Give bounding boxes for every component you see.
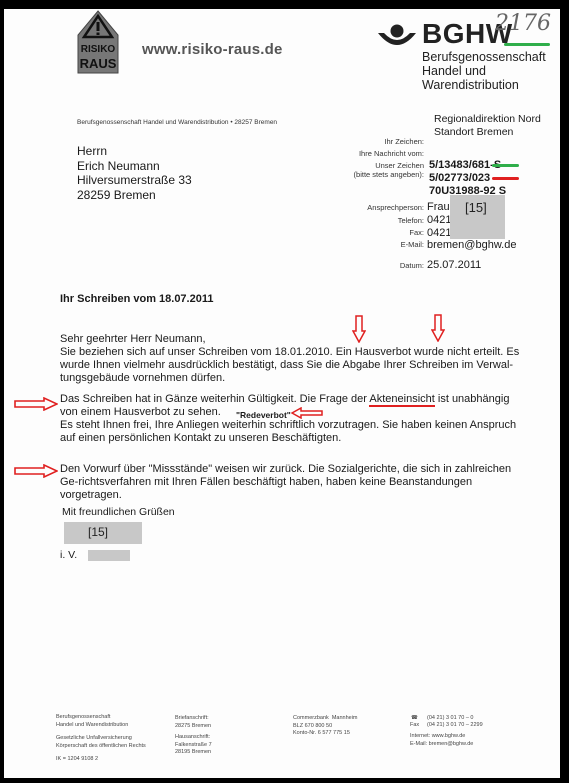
fax-value: 0421 (427, 227, 451, 239)
email-value: bremen@bghw.de (427, 239, 516, 251)
akteneinsicht-underlined: Akteneinsicht (369, 393, 434, 407)
letter-subject: Ihr Schreiben vom 18.07.2011 (60, 293, 213, 305)
signatory-prefix: i. V. (60, 549, 77, 561)
ihr-zeichen-label: Ihr Zeichen: (284, 137, 424, 146)
footer-fax: (04 21) 3 01 70 – 2299 (427, 722, 483, 730)
footer-legal: Gesetzliche Unfallversicherung Körpersch… (56, 735, 146, 750)
paragraph-1: Sie beziehen sich auf unser Schreiben vo… (60, 346, 530, 385)
paragraph-3: Es steht Ihnen frei, Ihre Anliegen weite… (60, 419, 530, 445)
fax-label: Fax: (284, 228, 424, 237)
ihre-nachricht-label: Ihre Nachricht vom: (284, 149, 424, 158)
telefon-value: 0421 (427, 214, 451, 226)
unser-zeichen-label: Unser Zeichen (284, 161, 424, 170)
svg-text:RISIKO: RISIKO (81, 44, 116, 55)
down-arrow-icon (352, 315, 366, 343)
reference-2: 5/02773/023 (429, 172, 490, 184)
unser-zeichen-note: (bitte stets angeben): (284, 170, 424, 179)
telefon-label: Telefon: (284, 216, 424, 225)
datum-value: 25.07.2011 (427, 259, 481, 271)
risiko-raus-url: www.risiko-raus.de (142, 41, 283, 58)
green-reference-marker (492, 164, 519, 167)
down-arrow-icon (431, 314, 445, 342)
footer-ik: IK = 1204 9108 2 (56, 756, 98, 764)
sender-return-line: Berufsgenossenschaft Handel und Warendis… (77, 119, 277, 126)
paragraph-4: Den Vorwurf über "Missstände" weisen wir… (60, 463, 530, 502)
ansprechperson-label: Ansprechperson: (284, 203, 424, 212)
signatory-redaction (88, 550, 130, 561)
red-reference-marker (492, 177, 519, 180)
bghw-logo-mark (377, 23, 417, 51)
footer-street-address: Hausanschrift: Falkenstraße 7 28195 Brem… (175, 734, 212, 757)
left-arrow-icon (291, 407, 323, 419)
footer-org: Berufsgenossenschaft Handel und Warendis… (56, 714, 128, 729)
svg-text:RAUS: RAUS (80, 56, 117, 71)
bghw-subtitle: Berufsgenossenschaft Handel und Warendis… (422, 50, 546, 92)
regional-office: Regionaldirektion Nord Standort Bremen (434, 113, 541, 138)
footer-web-email: Internet: www.bghw.de E-Mail: bremen@bgh… (410, 733, 473, 748)
letter-page: RISIKO RAUS www.risiko-raus.de BGHW 2176… (4, 9, 560, 778)
recipient-address: Herrn Erich Neumann Hilversumerstraße 33… (77, 144, 192, 202)
green-marker-line (504, 43, 550, 46)
salutation: Sehr geehrter Herr Neumann, (60, 333, 206, 345)
contact-redaction: [15] (450, 195, 505, 239)
closing: Mit freundlichen Grüßen (62, 506, 175, 518)
datum-label: Datum: (284, 261, 424, 270)
ansprechperson-value: Frau (427, 201, 450, 213)
signature-redaction: [15] (64, 522, 142, 544)
handwritten-number: 2176 (495, 11, 551, 36)
email-label: E-Mail: (284, 240, 424, 249)
right-arrow-icon (14, 464, 58, 478)
reference-1: 5/13483/681-S (429, 159, 501, 171)
footer-postal-address: Briefanschrift: 28275 Bremen (175, 715, 211, 730)
right-arrow-icon (14, 397, 58, 411)
footer-fax-label: Fax (410, 722, 419, 730)
footer-bank: Commerzbank Mannheim BLZ 670 800 50 Kont… (293, 715, 358, 738)
risiko-raus-logo: RISIKO RAUS (77, 9, 119, 75)
